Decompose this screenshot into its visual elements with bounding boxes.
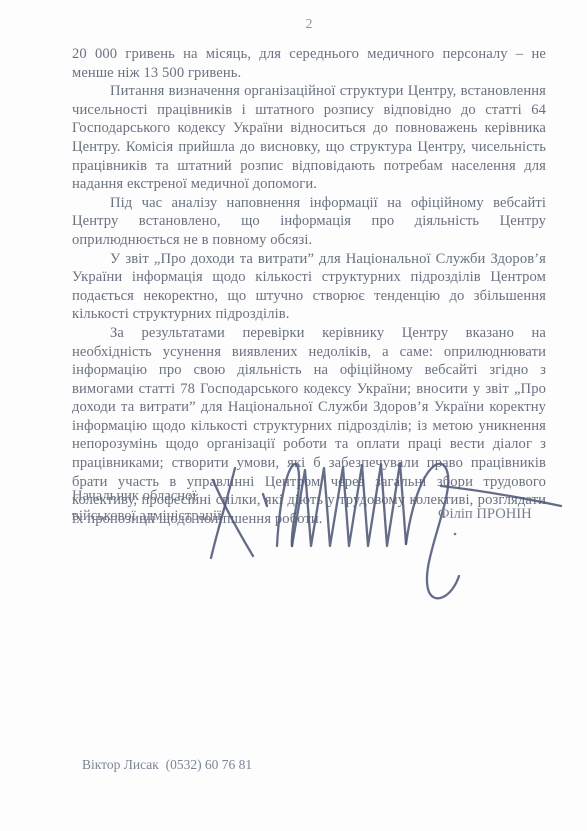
document-body: 20 000 гривень на місяць, для середнього… xyxy=(72,45,546,528)
scanned-document-page: 2 20 000 гривень на місяць, для середньо… xyxy=(0,0,587,831)
paragraph-org-structure: Питання визначення організаційної структ… xyxy=(72,82,546,194)
paragraph-website-analysis: Під час аналізу наповнення інформації на… xyxy=(72,194,546,250)
footer-contact: Віктор Лисак (0532) 60 76 81 xyxy=(82,757,252,773)
signer-position-title: Начальник обласної військової адміністра… xyxy=(72,486,244,526)
signer-name: Філіп ПРОНІН xyxy=(438,506,532,523)
paragraph-salary-continuation: 20 000 гривень на місяць, для середнього… xyxy=(72,45,546,82)
paragraph-report-incorrect: У звіт „Про доходи та витрати” для Націо… xyxy=(72,250,546,324)
page-number: 2 xyxy=(72,16,546,32)
